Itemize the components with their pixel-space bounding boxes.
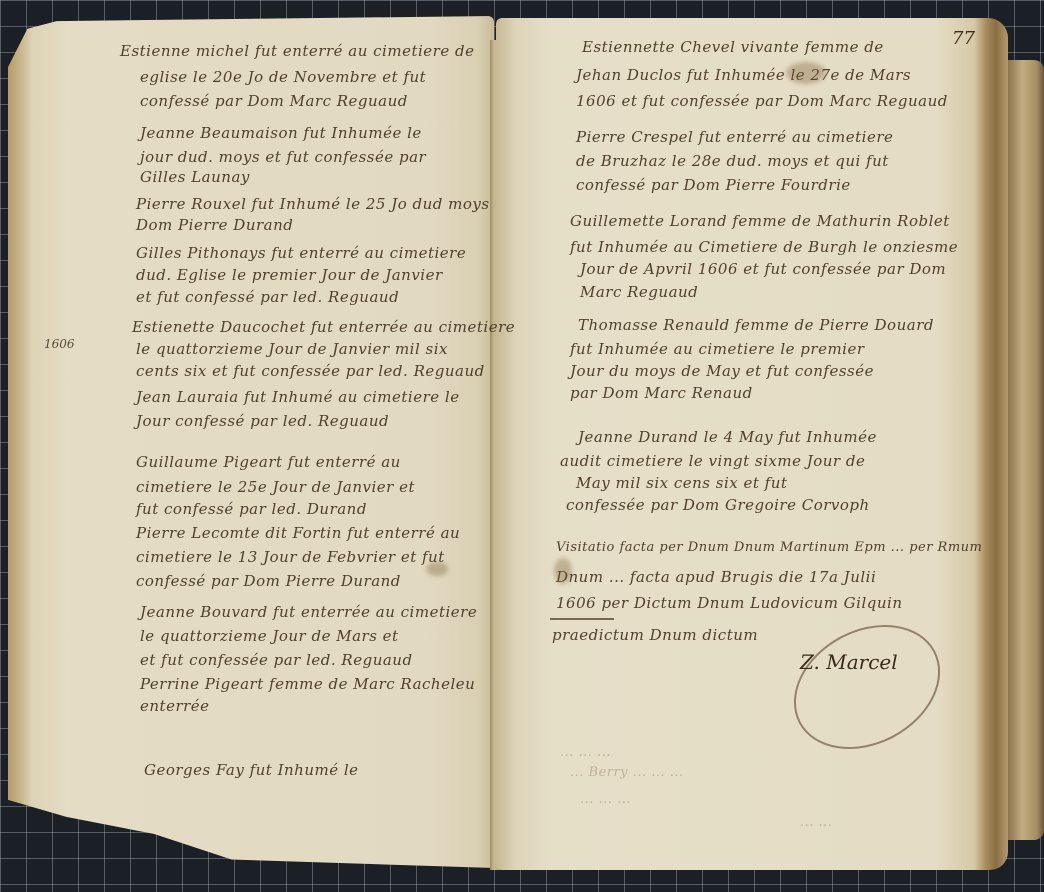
entry-line: confessé par Dom Marc Reguaud [140,92,408,110]
entry-line: confessé par Dom Pierre Durand [136,572,401,590]
entry-line: confessée par Dom Gregoire Corvoph [566,496,870,514]
entry-line: Guillaume Pigeart fut enterré au [136,453,401,471]
entry-line: fut Inhumée au Cimetiere de Burgh le onz… [570,238,958,256]
ink-stain [426,562,448,576]
entry-line: 1606 et fut confessée par Dom Marc Regua… [576,92,948,110]
entry-line: May mil six cens six et fut [576,474,787,492]
entry-line: Dom Pierre Durand [136,216,293,234]
entry-line: Estiennette Chevel vivante femme de [582,38,884,56]
left-page [8,16,494,868]
entry-line: praedictum Dnum dictum [552,626,758,644]
entry-line: Jeanne Beaumaison fut Inhumée le [140,124,422,142]
entry-line: 1606 per Dictum Dnum Ludovicum Gilquin [556,594,902,612]
entry-line: cimetiere le 25e Jour de Janvier et [136,478,415,496]
entry-line: Estienette Daucochet fut enterrée au cim… [132,318,515,336]
entry-line: par Dom Marc Renaud [570,384,753,402]
entry-line: Thomasse Renauld femme de Pierre Douard [578,316,934,334]
entry-line: Jour du moys de May et fut confessée [570,362,874,380]
page-block-edge [1008,60,1044,840]
entry-line: Visitatio facta per Dnum Dnum Martinum E… [556,540,982,555]
entry-line: Gilles Pithonays fut enterré au cimetier… [136,244,466,262]
entry-line: le quattorzieme Jour de Mars et [140,627,399,645]
entry-line: Dnum ... facta apud Brugis die 17a Julii [556,568,876,586]
entry-line: de Bruzhaz le 28e dud. moys et qui fut [576,152,889,170]
ink-stain [554,558,572,584]
bleedthrough-line: ... ... ... [580,792,631,807]
entry-line: le quattorzieme Jour de Janvier mil six [136,340,448,358]
entry-line: Jour confessé par led. Reguaud [136,412,389,430]
entry-line: enterrée [140,697,210,715]
entry-line: Gilles Launay [140,168,250,186]
entry-line: dud. Eglise le premier Jour de Janvier [136,266,443,284]
entry-line: Perrine Pigeart femme de Marc Racheleu [140,675,475,693]
margin-year-note: 1606 [44,337,75,351]
entry-line: fut confessé par led. Durand [136,500,367,518]
entry-line: et fut confessé par led. Reguaud [136,288,399,306]
entry-line: cimetiere le 13 Jour de Febvrier et fut [136,548,445,566]
entry-line: confessé par Dom Pierre Fourdrie [576,176,851,194]
entry-line: et fut confessée par led. Reguaud [140,651,413,669]
entry-line: Jour de Apvril 1606 et fut confessée par… [580,260,946,278]
entry-line: Estienne michel fut enterré au cimetiere… [120,42,474,60]
bleedthrough-line: ... Berry ... ... ... [570,765,684,780]
entry-line: Pierre Lecomte dit Fortin fut enterré au [136,524,460,542]
entry-line: Pierre Crespel fut enterré au cimetiere [576,128,893,146]
entry-line: Pierre Rouxel fut Inhumé le 25 Jo dud mo… [136,195,490,213]
entry-line: Jehan Duclos fut Inhumée le 27e de Mars [576,66,911,84]
entry-line: Georges Fay fut Inhumé le [144,761,359,779]
entry-line: Guillemette Lorand femme de Mathurin Rob… [570,212,950,230]
entry-line: Jean Lauraia fut Inhumé au cimetiere le [136,388,460,406]
entry-line: jour dud. moys et fut confessée par [140,148,426,166]
entry-line: Marc Reguaud [580,283,698,301]
bleedthrough-line: ... ... [800,815,832,830]
signature: Z. Marcel [800,650,898,674]
bleedthrough-line: ... ... ... [560,745,611,760]
entry-line: audit cimetiere le vingt sixme Jour de [560,452,865,470]
entry-line: fut Inhumée au cimetiere le premier [570,340,865,358]
entry-line: Jeanne Bouvard fut enterrée au cimetiere [140,603,477,621]
folio-number: 77 [952,28,975,49]
entry-line: Jeanne Durand le 4 May fut Inhumée [578,428,877,446]
entry-line: eglise le 20e Jo de Novembre et fut [140,68,426,86]
ink-stain [786,62,826,84]
entry-line: cents six et fut confessée par led. Regu… [136,362,485,380]
underline-rule [550,618,614,620]
